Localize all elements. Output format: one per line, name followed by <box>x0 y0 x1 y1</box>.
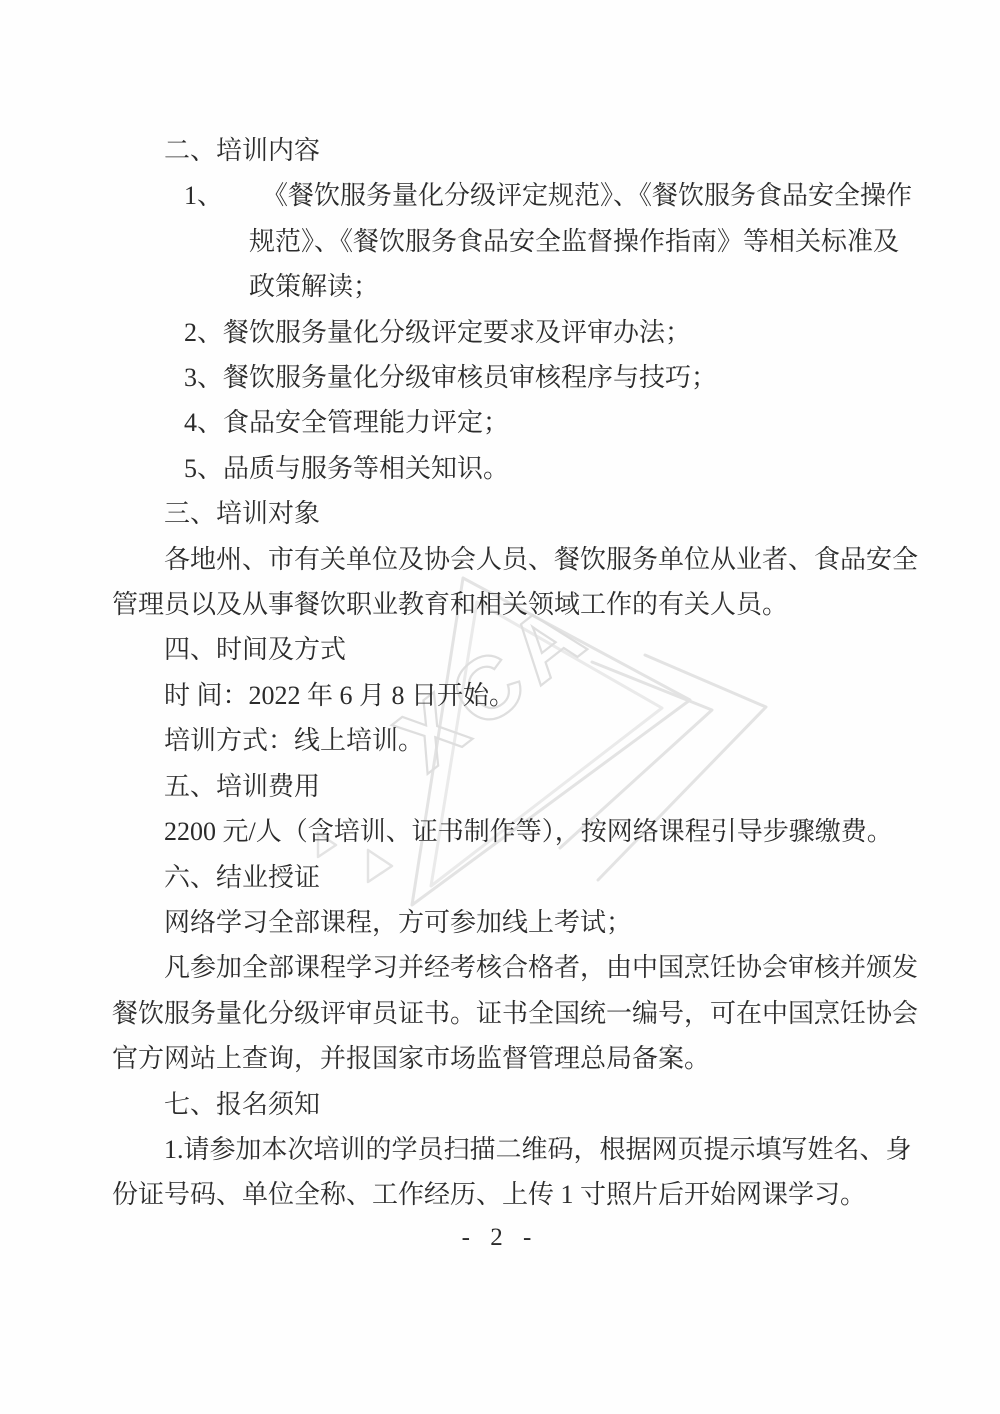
paragraph-line: 餐饮服务量化分级评审员证书。证书全国统一编号，可在中国烹饪协会 <box>112 991 912 1036</box>
list-item-continuation: 规范》、《餐饮服务食品安全监督操作指南》等相关标准及 <box>112 219 912 264</box>
document-page: XCA 二、培训内容 1、《餐饮服务量化分级评定规范》、《餐饮服务食品安全操作 … <box>0 0 1000 1414</box>
section-heading: 四、时间及方式 <box>112 627 912 672</box>
paragraph-line: 2200 元/人（含培训、证书制作等），按网络课程引导步骤缴费。 <box>112 809 912 854</box>
section-heading: 三、培训对象 <box>112 491 912 536</box>
list-item-continuation: 政策解读； <box>112 264 912 309</box>
page-number: - 2 - <box>0 1224 1000 1252</box>
paragraph-line: 官方网站上查询，并报国家市场监督管理总局备案。 <box>112 1036 912 1081</box>
list-item: 2、餐饮服务量化分级评定要求及评审办法； <box>112 310 912 355</box>
list-item: 1、《餐饮服务量化分级评定规范》、《餐饮服务食品安全操作 <box>112 173 912 218</box>
paragraph-line: 1.请参加本次培训的学员扫描二维码，根据网页提示填写姓名、身 <box>112 1127 912 1172</box>
paragraph-line: 网络学习全部课程，方可参加线上考试； <box>112 900 912 945</box>
paragraph-line: 份证号码、单位全称、工作经历、上传 1 寸照片后开始网课学习。 <box>112 1172 912 1217</box>
list-item-marker: 1、 <box>184 173 262 218</box>
section-heading: 六、结业授证 <box>112 855 912 900</box>
paragraph-line: 时 间：2022 年 6 月 8 日开始。 <box>112 673 912 718</box>
paragraph-line: 各地州、市有关单位及协会人员、餐饮服务单位从业者、食品安全 <box>112 537 912 582</box>
paragraph-line: 管理员以及从事餐饮职业教育和相关领域工作的有关人员。 <box>112 582 912 627</box>
list-item: 3、餐饮服务量化分级审核员审核程序与技巧； <box>112 355 912 400</box>
document-body: 二、培训内容 1、《餐饮服务量化分级评定规范》、《餐饮服务食品安全操作 规范》、… <box>112 128 912 1218</box>
paragraph-line: 凡参加全部课程学习并经考核合格者，由中国烹饪协会审核并颁发 <box>112 945 912 990</box>
list-item: 5、品质与服务等相关知识。 <box>112 446 912 491</box>
list-item-text: 《餐饮服务量化分级评定规范》、《餐饮服务食品安全操作 <box>262 181 912 210</box>
list-item: 4、食品安全管理能力评定； <box>112 400 912 445</box>
section-heading: 五、培训费用 <box>112 764 912 809</box>
section-heading: 二、培训内容 <box>112 128 912 173</box>
section-heading: 七、报名须知 <box>112 1082 912 1127</box>
paragraph-line: 培训方式：线上培训。 <box>112 718 912 763</box>
